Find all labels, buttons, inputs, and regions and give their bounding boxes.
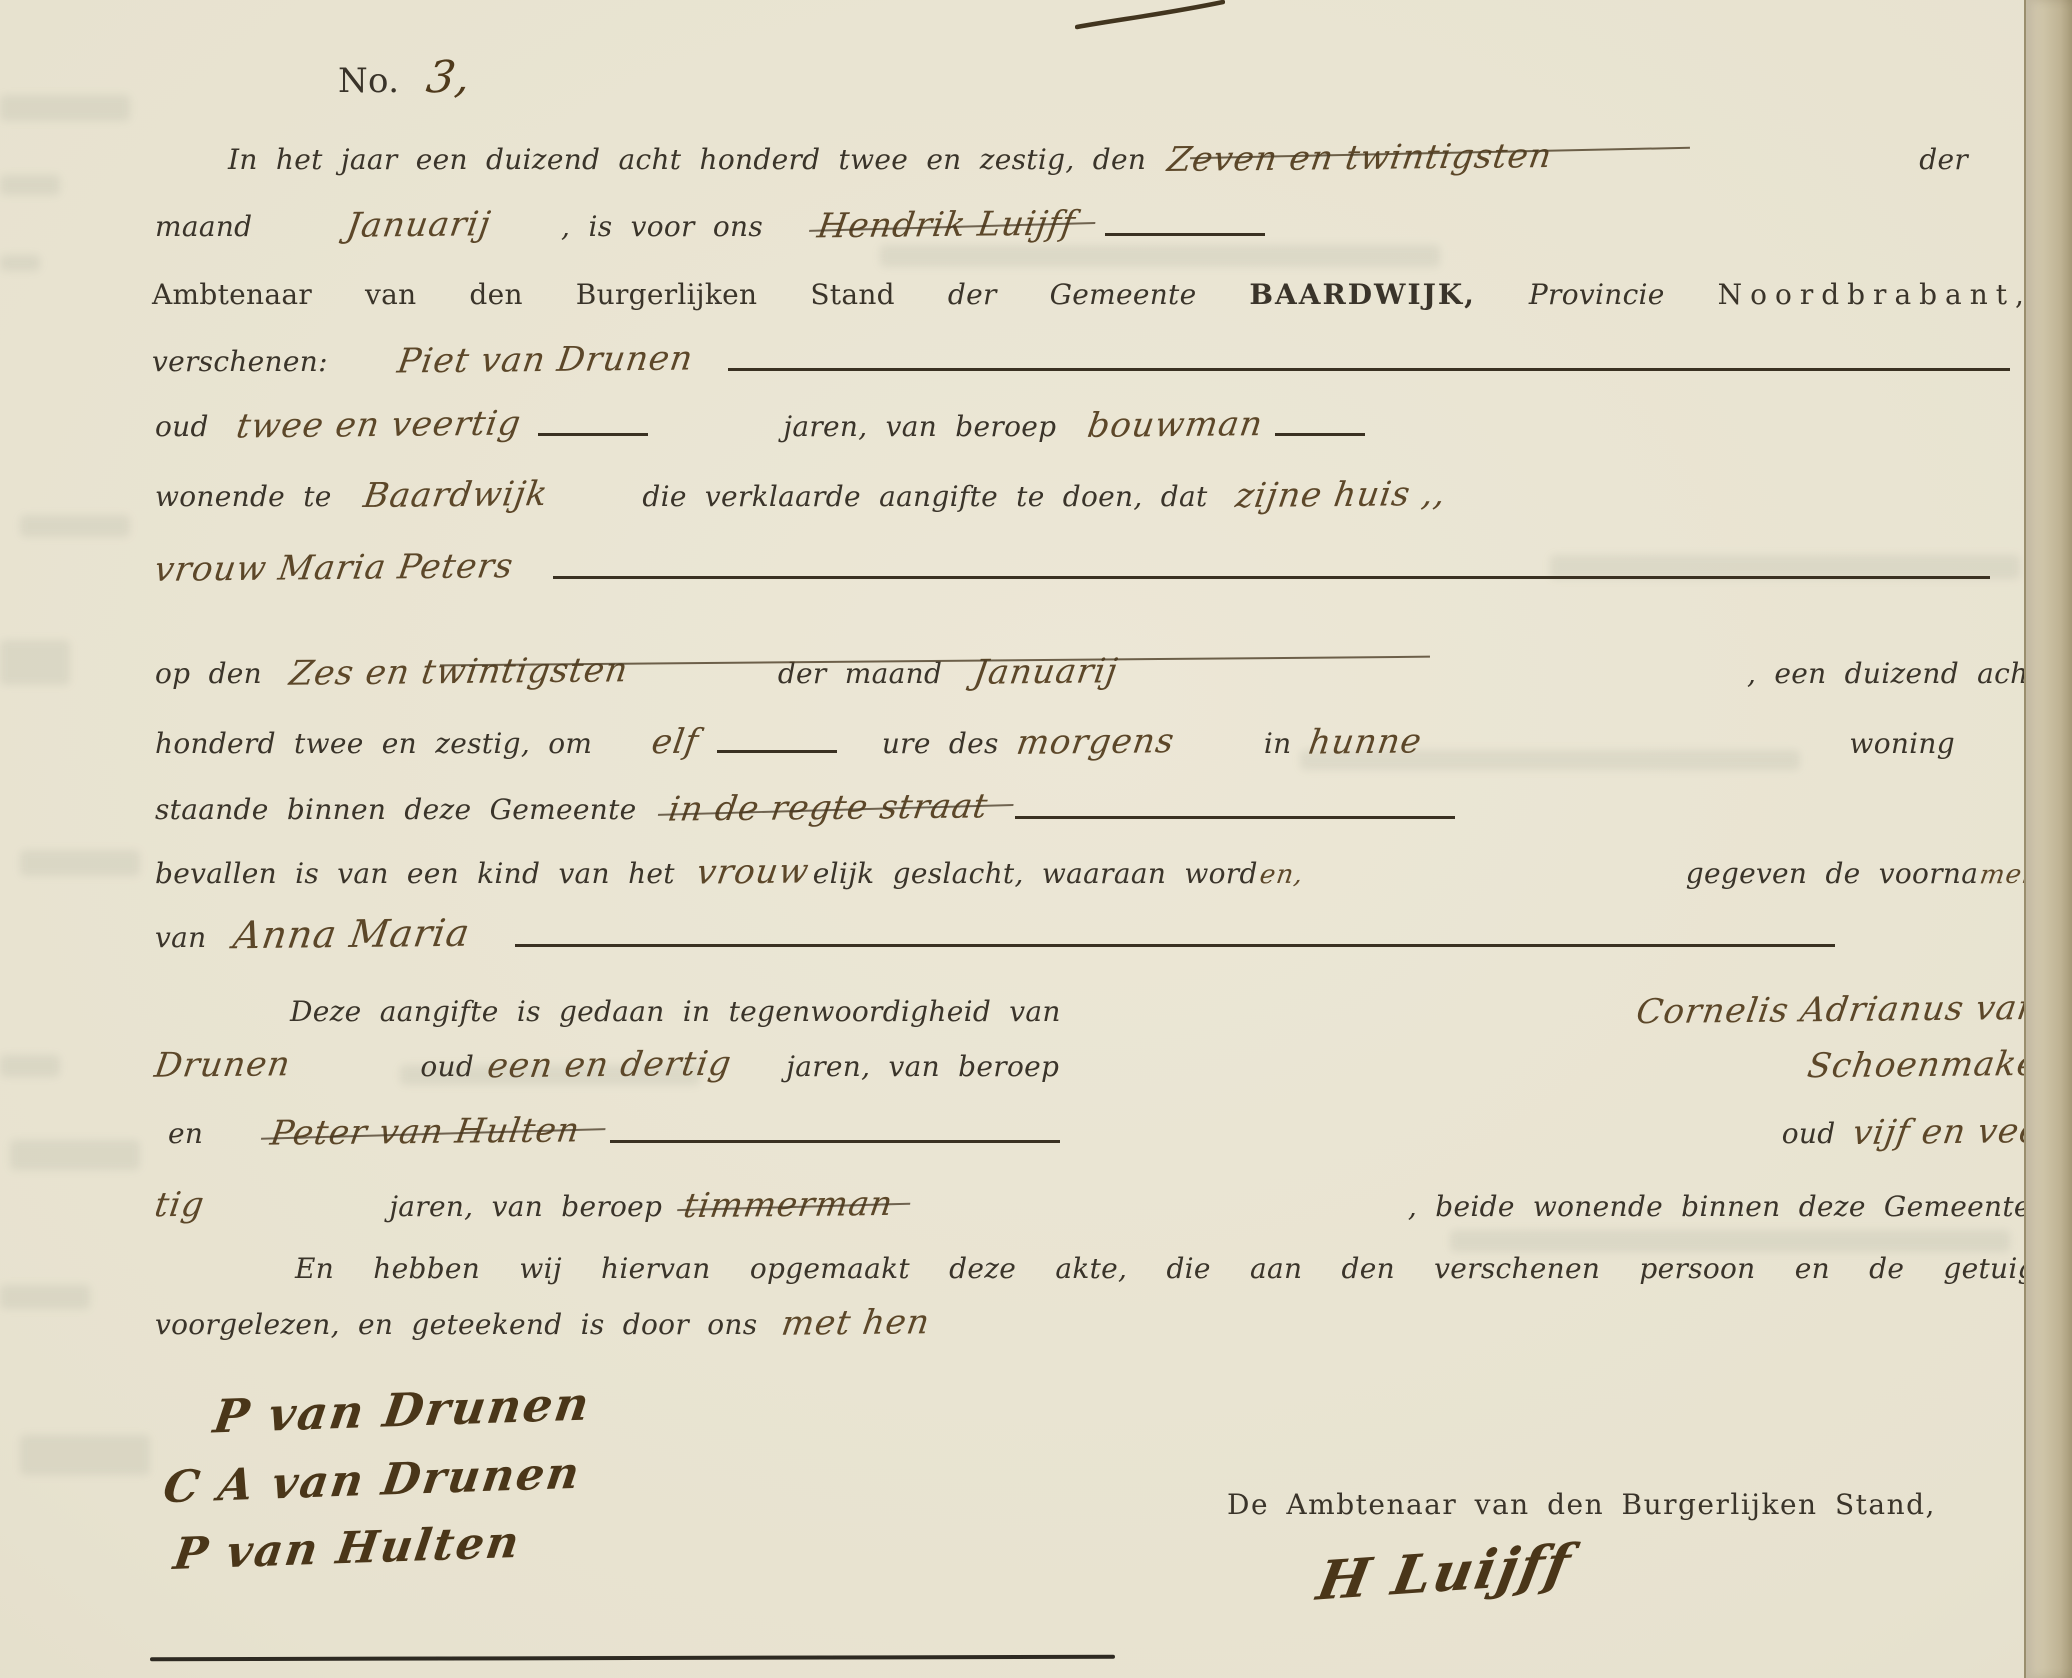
printed-word: van xyxy=(365,278,416,311)
printed-jaren-beroep: jaren, van beroep xyxy=(783,410,1056,443)
act-line-birth-time: honderd twee en zestig, om elf ure des m… xyxy=(155,722,1955,762)
registrar-name-entry: Hendrik Luijff xyxy=(815,204,1078,247)
printed-op-den: op den xyxy=(155,657,262,690)
printed-woning: woning xyxy=(1849,727,1955,760)
page-edge xyxy=(2024,0,2072,1678)
act-line-appeared: verschenen: Piet van Drunen xyxy=(152,340,2010,380)
printed-word: Gemeente xyxy=(1050,278,1197,311)
witness1-age-entry: een en dertig xyxy=(485,1044,735,1087)
blank-rule xyxy=(553,556,1990,579)
printed-jaren-beroep2: jaren, van beroep xyxy=(786,1050,1059,1083)
bleedthrough-mark xyxy=(20,515,130,537)
printed-maand: maand xyxy=(155,210,252,243)
blank-rule xyxy=(538,413,648,436)
bleedthrough-mark xyxy=(1450,1230,2010,1252)
printed-en-hebben: En hebben wij hiervan opgemaakt deze akt… xyxy=(295,1252,2071,1285)
act-line-age-occupation: oud twee en veertig jaren, van beroep bo… xyxy=(155,405,1365,445)
signed-with-them-entry: met hen xyxy=(779,1302,933,1344)
bleedthrough-mark xyxy=(10,1140,140,1170)
printed-year-text: In het jaar een duizend acht honderd twe… xyxy=(228,143,1146,176)
child-names-entry: Anna Maria xyxy=(231,911,474,957)
printed-der: der xyxy=(1919,143,1968,176)
time-of-day-entry: morgens xyxy=(1014,721,1177,763)
pen-stroke-mark xyxy=(1075,0,1225,30)
blank-rule xyxy=(515,924,1835,947)
bleedthrough-mark xyxy=(0,95,130,121)
act-line-closing1: En hebben wij hiervan opgemaakt deze akt… xyxy=(295,1252,2071,1285)
record-number: No. 3, xyxy=(338,52,471,103)
act-line-witness2-cont: tig jaren, van beroep timmerman , beide … xyxy=(155,1185,2040,1225)
printed-van: van xyxy=(155,921,206,954)
bleedthrough-mark xyxy=(880,245,1440,267)
bleedthrough-mark xyxy=(0,1285,90,1309)
act-line-witnesses-intro: Deze aangifte is gedaan in tegenwoordigh… xyxy=(290,990,2040,1030)
registrar-signature: H Luijff xyxy=(1312,1531,1577,1612)
act-line-child-names: van Anna Maria xyxy=(155,912,1835,956)
printed-word: den xyxy=(469,278,522,311)
blank-rule xyxy=(1105,213,1265,236)
printed-verklaarde: die verklaarde aangifte te doen, dat xyxy=(642,480,1207,513)
birth-month-entry: Januarij xyxy=(971,651,1121,693)
bleedthrough-mark xyxy=(20,850,140,876)
municipality-name: BAARDWIJK, xyxy=(1249,278,1476,311)
act-line-month: maand Januarij , is voor ons Hendrik Lui… xyxy=(155,205,1265,245)
witness1-name-entry: Cornelis Adrianus van xyxy=(1634,988,2043,1032)
birth-hour-entry: elf xyxy=(649,722,702,762)
bleedthrough-mark xyxy=(0,255,40,271)
printed-oud3: oud xyxy=(1782,1117,1836,1150)
act-line-year: In het jaar een duizend acht honderd twe… xyxy=(228,138,1968,178)
printed-ure-des: ure des xyxy=(882,727,999,760)
printed-word: der xyxy=(948,278,997,311)
act-line-mother: vrouw Maria Peters xyxy=(155,548,1990,588)
document-page: No. 3, In het jaar een duizend acht hond… xyxy=(0,0,2072,1678)
registrar-title-line: De Ambtenaar van den Burgerlijken Stand, xyxy=(1227,1488,1936,1521)
act-line-witness2: en Peter van Hulten oud vijf en veer xyxy=(168,1112,2058,1152)
printed-wonende-te: wonende te xyxy=(155,480,332,513)
blank-rule xyxy=(1275,413,1365,436)
printed-honderd: honderd twee en zestig, om xyxy=(155,727,592,760)
child-gender-entry: vrouw xyxy=(694,851,812,892)
witness1-signature: C A van Drunen xyxy=(160,1448,584,1513)
act-line-closing2: voorgelezen, en geteekend is door ons me… xyxy=(155,1303,930,1343)
printed-jaren-beroep3: jaren, van beroep xyxy=(389,1190,662,1223)
witness2-occupation-entry: timmerman xyxy=(681,1184,896,1226)
bleedthrough-mark xyxy=(20,1435,150,1475)
declarant-age-entry: twee en veertig xyxy=(234,404,524,447)
blank-rule xyxy=(1015,796,1455,819)
witness2-name-entry: Peter van Hulten xyxy=(268,1110,583,1153)
bleedthrough-mark xyxy=(0,640,70,685)
declarant-signature: P van Drunen xyxy=(210,1376,594,1443)
printed-beide-wonende: , beide wonende binnen deze Gemeente. xyxy=(1408,1190,2040,1223)
printed-oud2: oud xyxy=(420,1050,474,1083)
witness1-occupation-entry: Schoenmaker xyxy=(1805,1044,2059,1087)
blank-rule xyxy=(717,730,837,753)
witness2-signature: P van Hulten xyxy=(170,1517,523,1580)
bleedthrough-mark xyxy=(0,175,60,195)
printed-word: Burgerlijken xyxy=(576,278,758,311)
act-line-registrar-title: Ambtenaar van den Burgerlijken Stand der… xyxy=(152,278,2032,311)
act-line-residence: wonende te Baardwijk die verklaarde aang… xyxy=(155,475,1445,515)
witness2-age-cont-entry: tig xyxy=(152,1185,207,1226)
printed-voornamen: gegeven de voorna xyxy=(1686,857,1978,890)
registrar-title: De Ambtenaar van den Burgerlijken Stand, xyxy=(1227,1488,1936,1521)
declarant-name-entry: Piet van Drunen xyxy=(395,338,696,381)
mother-name-entry: vrouw Maria Peters xyxy=(152,546,516,590)
birth-address-entry: in de regte straat xyxy=(665,786,990,829)
printed-oud: oud xyxy=(155,410,209,443)
printed-verschenen: verschenen: xyxy=(152,345,328,378)
printed-word: Stand xyxy=(810,278,895,311)
bleedthrough-mark xyxy=(0,1055,60,1077)
printed-is-voor-ons: , is voor ons xyxy=(561,210,763,243)
printed-in: in xyxy=(1264,727,1292,760)
declarant-occupation-entry: bouwman xyxy=(1085,404,1266,446)
record-number-label: No. xyxy=(338,61,399,101)
wife-leadin-entry: zijne huis ,, xyxy=(1232,474,1448,516)
printed-staande: staande binnen deze Gemeente xyxy=(155,793,637,826)
act-line-address: staande binnen deze Gemeente in de regte… xyxy=(155,788,1455,828)
printed-en: en xyxy=(168,1117,203,1150)
province-name: Noordbrabant, xyxy=(1718,278,2032,311)
birth-day-entry: Zes en twintigsten xyxy=(287,650,631,694)
printed-een-duizend-acht: , een duizend acht xyxy=(1747,657,2040,690)
printed-voorgelezen: voorgelezen, en geteekend is door ons xyxy=(155,1308,757,1341)
bottom-separator-line xyxy=(150,1655,1115,1662)
printed-deze-aangifte: Deze aangifte is gedaan in tegenwoordigh… xyxy=(290,995,1061,1028)
blank-rule xyxy=(610,1120,1060,1143)
printed-geslacht: elijk geslacht, waaraan word xyxy=(813,857,1258,890)
record-month-entry: Januarij xyxy=(344,204,494,246)
record-number-value: 3, xyxy=(424,52,476,103)
printed-word: Ambtenaar xyxy=(152,278,312,311)
declarant-residence-entry: Baardwijk xyxy=(361,474,551,516)
hunne-entry: hunne xyxy=(1306,721,1425,762)
worden-suffix-entry: en, xyxy=(1257,860,1305,890)
printed-word: Provincie xyxy=(1529,278,1665,311)
blank-rule xyxy=(728,348,2010,371)
witness1-surname-entry: Drunen xyxy=(152,1044,293,1085)
act-line-witness1: Drunen oud een en dertig jaren, van bero… xyxy=(155,1045,2055,1085)
printed-bevallen: bevallen is van een kind van het xyxy=(155,857,675,890)
act-line-child-gender: bevallen is van een kind van het vrouw e… xyxy=(155,852,2040,892)
